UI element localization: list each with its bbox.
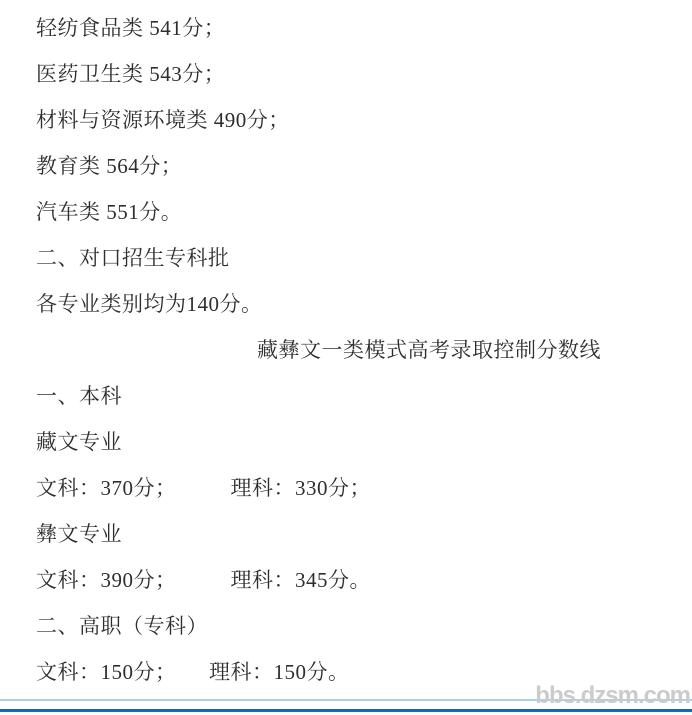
score-line-yi-arts-science: 文科：390分； 理科：345分。 <box>36 570 684 591</box>
score-line-automotive: 汽车类 551分。 <box>36 202 684 223</box>
score-line-tibetan-arts-science: 文科：370分； 理科：330分； <box>36 478 684 499</box>
section-heading-duikou-zhuanke: 二、对口招生专科批 <box>36 248 684 269</box>
document-content: 轻纺食品类 541分；医药卫生类 543分；材料与资源环境类 490分；教育类 … <box>36 0 684 708</box>
score-line-gaozhi-arts-science: 文科：150分； 理科：150分。 <box>36 662 684 683</box>
subsection-tibetan-major: 藏文专业 <box>36 432 684 453</box>
score-line-materials-environment: 材料与资源环境类 490分； <box>36 110 684 131</box>
score-line-medicine-health: 医药卫生类 543分； <box>36 64 684 85</box>
document-page: 轻纺食品类 541分；医药卫生类 543分；材料与资源环境类 490分；教育类 … <box>0 0 692 715</box>
score-line-light-textile-food: 轻纺食品类 541分； <box>36 18 684 39</box>
footer-divider-thick-line <box>0 709 692 712</box>
section-heading-gaozhi-zhuanke: 二、高职（专科） <box>36 616 684 637</box>
subsection-yi-major: 彝文专业 <box>36 524 684 545</box>
score-line-education: 教育类 564分； <box>36 156 684 177</box>
doc-title-zangyi-mode-cutoff: 藏彝文一类模式高考录取控制分数线 <box>257 340 684 361</box>
site-watermark: bbs.dzsm.com <box>535 684 690 708</box>
section-heading-benke: 一、本科 <box>36 386 684 407</box>
score-line-all-categories-140: 各专业类别均为140分。 <box>36 294 684 315</box>
